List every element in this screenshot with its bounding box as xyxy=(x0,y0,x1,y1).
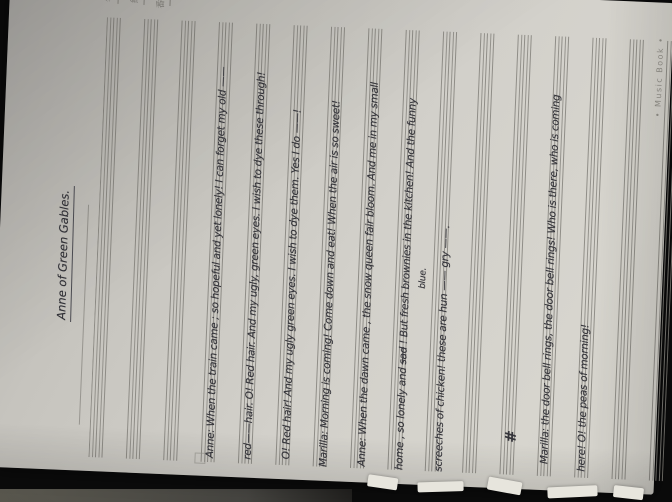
struck-word: sad xyxy=(397,347,410,365)
notebook-page: 年 組 番号 Anne of Green Gables. Anne: When … xyxy=(0,0,672,495)
printed-margin-fields: 年 組 番号 xyxy=(101,0,171,9)
correction-word: blue. xyxy=(418,268,429,289)
margin-field-year: 年 xyxy=(102,0,119,3)
notebook-photo: 年 組 番号 Anne of Green Gables. Anne: When … xyxy=(0,0,672,502)
field-underline xyxy=(143,0,144,4)
field-underline xyxy=(118,0,119,3)
sharp-symbol: # xyxy=(501,430,520,443)
torn-paper-edge xyxy=(367,474,398,490)
torn-paper-edge xyxy=(547,485,597,498)
page-title: Anne of Green Gables. xyxy=(54,186,75,322)
margin-field-label: 年 xyxy=(102,0,115,2)
margin-field-label: 組 xyxy=(128,0,141,3)
margin-field-label: 番号 xyxy=(153,0,167,9)
torn-paper-edge xyxy=(487,476,523,495)
table-edge xyxy=(0,489,352,502)
title-rule-line xyxy=(79,205,89,425)
margin-field-class: 組 xyxy=(128,0,145,4)
field-underline xyxy=(169,0,170,6)
margin-field-number: 番号 xyxy=(153,0,171,9)
torn-paper-edge xyxy=(417,481,463,492)
torn-paper-edge xyxy=(613,485,644,500)
